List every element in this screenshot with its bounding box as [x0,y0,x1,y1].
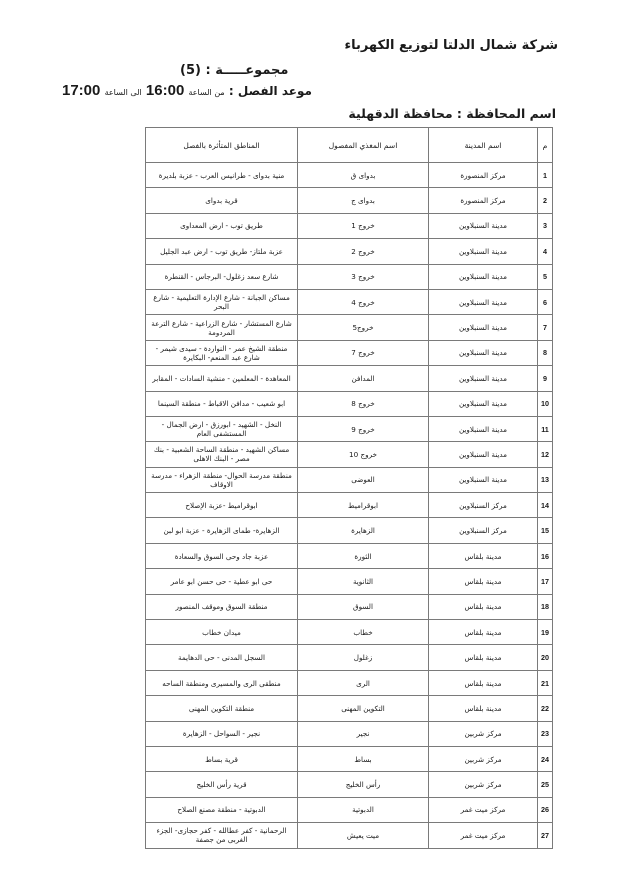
row-number-cell: 25 [538,772,553,797]
feeder-cell: الدبوتية [298,797,429,822]
affected-areas-cell: مساكن الجبانة - شارع الإدارة التعليمية -… [146,289,298,314]
row-number-cell: 14 [538,493,553,518]
city-cell: مركز شربين [429,772,538,797]
feeder-cell: خروج 10 [298,442,429,467]
table-row: 24مركز شربينبساطقرية بساط [146,746,553,771]
city-cell: مدينة السنبلاوين [429,467,538,492]
feeder-cell: خروج 3 [298,264,429,289]
governorate-title: اسم المحافظة : محافظة الدقهلية [348,106,556,121]
city-cell: مركز المنصورة [429,163,538,188]
column-header-number: م [538,128,553,163]
affected-areas-cell: قرية رأس الخليج [146,772,298,797]
affected-areas-cell: عزبة ملتاز- طريق توب - ارض عبد الجليل [146,239,298,264]
group-label: مجموعـــــة : (5) [180,63,288,78]
row-number-cell: 1 [538,163,553,188]
affected-areas-cell: منطقى الرى والمسيرى ومنطقة الساحه [146,670,298,695]
city-cell: مدينة بلقاس [429,645,538,670]
feeder-cell: خروج 7 [298,340,429,365]
city-cell: مركز شربين [429,746,538,771]
row-number-cell: 13 [538,467,553,492]
feeder-cell: الرى [298,670,429,695]
feeder-cell: بدواى ج [298,188,429,213]
row-number-cell: 9 [538,366,553,391]
affected-areas-cell: ابوقراميط -عزبة الإصلاح [146,493,298,518]
city-cell: مركز ميت غمر [429,823,538,848]
feeder-cell: رأس الخليج [298,772,429,797]
city-cell: مدينة السنبلاوين [429,391,538,416]
feeder-cell: العوضى [298,467,429,492]
feeder-cell: خروج 2 [298,239,429,264]
affected-areas-cell: ابو شعيب - مدافن الاقباط - منطقة السينما [146,391,298,416]
affected-areas-cell: منطقة السوق وموقف المنصور [146,594,298,619]
affected-areas-cell: النخل - الشهيد - ابورزق - ارض الجمال - ا… [146,416,298,441]
table-row: 8مدينة السنبلاوينخروج 7منطقة الشيخ عمر -… [146,340,553,365]
row-number-cell: 18 [538,594,553,619]
row-number-cell: 24 [538,746,553,771]
city-cell: مدينة بلقاس [429,670,538,695]
city-cell: مركز المنصورة [429,188,538,213]
cutoff-from-label: من الساعة [188,88,224,97]
row-number-cell: 6 [538,289,553,314]
row-number-cell: 21 [538,670,553,695]
table-row: 2مركز المنصورةبدواى جقرية بدواى [146,188,553,213]
table-row: 12مدينة السنبلاوينخروج 10مساكن الشهيد - … [146,442,553,467]
affected-areas-cell: الزهايرة- طماى الزهايرة - عزبة ابو لبن [146,518,298,543]
city-cell: مدينة بلقاس [429,594,538,619]
company-name: شركة شمال الدلتا لتوزيع الكهرباء [344,38,558,53]
city-cell: مدينة السنبلاوين [429,239,538,264]
feeder-cell: نجير [298,721,429,746]
cutoff-to-label: الى الساعة [105,88,142,97]
feeder-cell: خروج 9 [298,416,429,441]
row-number-cell: 15 [538,518,553,543]
affected-areas-cell: شارع المستشار - شارع الزراعية - شارع الت… [146,315,298,340]
feeder-cell: خطاب [298,620,429,645]
row-number-cell: 26 [538,797,553,822]
table-row: 6مدينة السنبلاوينخروج 4مساكن الجبانة - ش… [146,289,553,314]
affected-areas-cell: الدبوتية - منطقة مصنع الصلاح [146,797,298,822]
affected-areas-cell: حى ابو عطية - حى حسن ابو عامر [146,569,298,594]
city-cell: مدينة السنبلاوين [429,289,538,314]
feeder-cell: خروج 4 [298,289,429,314]
row-number-cell: 12 [538,442,553,467]
row-number-cell: 20 [538,645,553,670]
city-cell: مدينة بلقاس [429,569,538,594]
table-header-row: م اسم المدينة اسم المغذي المفصول المناطق… [146,128,553,163]
column-header-affected-areas: المناطق المتأثرة بالفصل [146,128,298,163]
row-number-cell: 8 [538,340,553,365]
table-row: 1مركز المنصورةبدواى قمنية بدواى - طرانيس… [146,163,553,188]
table-row: 5مدينة السنبلاوينخروج 3شارع سعد زغلول- ا… [146,264,553,289]
city-cell: مدينة بلقاس [429,543,538,568]
table-row: 17مدينة بلقاسالثانويةحى ابو عطية - حى حس… [146,569,553,594]
row-number-cell: 10 [538,391,553,416]
table-row: 22مدينة بلقاسالتكوين المهنىمنطقة التكوين… [146,696,553,721]
table-row: 19مدينة بلقاسخطابميدان خطاب [146,620,553,645]
feeder-cell: بدواى ق [298,163,429,188]
affected-areas-cell: السجل المدنى - حى الدهايمة [146,645,298,670]
row-number-cell: 3 [538,213,553,238]
table-row: 21مدينة بلقاسالرىمنطقى الرى والمسيرى ومن… [146,670,553,695]
affected-areas-cell: ميدان خطاب [146,620,298,645]
feeder-cell: التكوين المهنى [298,696,429,721]
table-row: 11مدينة السنبلاوينخروج 9النخل - الشهيد -… [146,416,553,441]
city-cell: مدينة بلقاس [429,696,538,721]
column-header-city: اسم المدينة [429,128,538,163]
table-row: 16مدينة بلقاسالثورةعزبة جاد وحى السوق وا… [146,543,553,568]
city-cell: مدينة السنبلاوين [429,366,538,391]
row-number-cell: 11 [538,416,553,441]
feeder-cell: زغلول [298,645,429,670]
table-row: 3مدينة السنبلاوينخروج 1طريق توب - ارض ال… [146,213,553,238]
feeder-cell: خروج 8 [298,391,429,416]
affected-areas-cell: منطقة التكوين المهنى [146,696,298,721]
city-cell: مدينة السنبلاوين [429,416,538,441]
affected-areas-cell: شارع سعد زغلول- البرجاس - القنطرة [146,264,298,289]
table-row: 10مدينة السنبلاوينخروج 8ابو شعيب - مدافن… [146,391,553,416]
table-row: 18مدينة بلقاسالسوقمنطقة السوق وموقف المن… [146,594,553,619]
affected-areas-cell: عزبة جاد وحى السوق والسعادة [146,543,298,568]
cutoff-label: موعد الفصل : [229,84,312,98]
affected-areas-cell: نجير - السواحل - الزهايرة [146,721,298,746]
city-cell: مدينة السنبلاوين [429,442,538,467]
table-row: 9مدينة السنبلاوينالمدافنالمعاهدة - المعل… [146,366,553,391]
row-number-cell: 19 [538,620,553,645]
affected-areas-cell: مساكن الشهيد - منطقة الساحة الشعبية - بن… [146,442,298,467]
affected-areas-cell: قرية بدواى [146,188,298,213]
city-cell: مركز السنبلاوين [429,493,538,518]
table-row: 15مركز السنبلاوينالزهايرةالزهايرة- طماى … [146,518,553,543]
affected-areas-cell: الرحمانية - كفر عطالله - كفر حجازى- الجز… [146,823,298,848]
cutoff-to-time: 17:00 [62,82,100,99]
row-number-cell: 27 [538,823,553,848]
affected-areas-cell: المعاهدة - المعلمين - منشية السادات - ال… [146,366,298,391]
feeder-cell: الزهايرة [298,518,429,543]
feeder-cell: خروج5 [298,315,429,340]
cutoff-schedule: موعد الفصل : من الساعة 16:00 الى الساعة … [62,82,312,99]
table-row: 20مدينة بلقاسزغلولالسجل المدنى - حى الده… [146,645,553,670]
column-header-feeder: اسم المغذي المفصول [298,128,429,163]
feeder-cell: ميت يعيش [298,823,429,848]
affected-areas-cell: منطقة مدرسة الحوال- منطقة الزهراء - مدرس… [146,467,298,492]
cutoff-from-time: 16:00 [146,82,184,99]
row-number-cell: 16 [538,543,553,568]
table-row: 4مدينة السنبلاوينخروج 2عزبة ملتاز- طريق … [146,239,553,264]
city-cell: مدينة بلقاس [429,620,538,645]
feeder-cell: الثورة [298,543,429,568]
table-row: 14مركز السنبلاوينابوقراميطابوقراميط -عزب… [146,493,553,518]
row-number-cell: 7 [538,315,553,340]
row-number-cell: 2 [538,188,553,213]
table-row: 7مدينة السنبلاوينخروج5شارع المستشار - شا… [146,315,553,340]
row-number-cell: 5 [538,264,553,289]
city-cell: مدينة السنبلاوين [429,340,538,365]
city-cell: مركز ميت غمر [429,797,538,822]
affected-areas-cell: منطقة الشيخ عمر - النواردة - سيدى شيمر -… [146,340,298,365]
affected-areas-cell: منية بدواى - طرانيس العرب - عزبة بلديرة [146,163,298,188]
city-cell: مدينة السنبلاوين [429,264,538,289]
affected-areas-cell: قرية بساط [146,746,298,771]
feeder-cell: خروج 1 [298,213,429,238]
feeder-cell: بساط [298,746,429,771]
row-number-cell: 23 [538,721,553,746]
table-row: 25مركز شربينرأس الخليجقرية رأس الخليج [146,772,553,797]
city-cell: مركز السنبلاوين [429,518,538,543]
city-cell: مدينة السنبلاوين [429,315,538,340]
row-number-cell: 22 [538,696,553,721]
feeder-cell: ابوقراميط [298,493,429,518]
affected-areas-cell: طريق توب - ارض المعداوى [146,213,298,238]
outage-schedule-table: م اسم المدينة اسم المغذي المفصول المناطق… [145,127,553,849]
table-row: 23مركز شربيننجيرنجير - السواحل - الزهاير… [146,721,553,746]
feeder-cell: الثانوية [298,569,429,594]
feeder-cell: المدافن [298,366,429,391]
row-number-cell: 17 [538,569,553,594]
table-row: 26مركز ميت غمرالدبوتيةالدبوتية - منطقة م… [146,797,553,822]
city-cell: مدينة السنبلاوين [429,213,538,238]
table-row: 13مدينة السنبلاوينالعوضىمنطقة مدرسة الحو… [146,467,553,492]
city-cell: مركز شربين [429,721,538,746]
table-row: 27مركز ميت غمرميت يعيشالرحمانية - كفر عط… [146,823,553,848]
feeder-cell: السوق [298,594,429,619]
row-number-cell: 4 [538,239,553,264]
